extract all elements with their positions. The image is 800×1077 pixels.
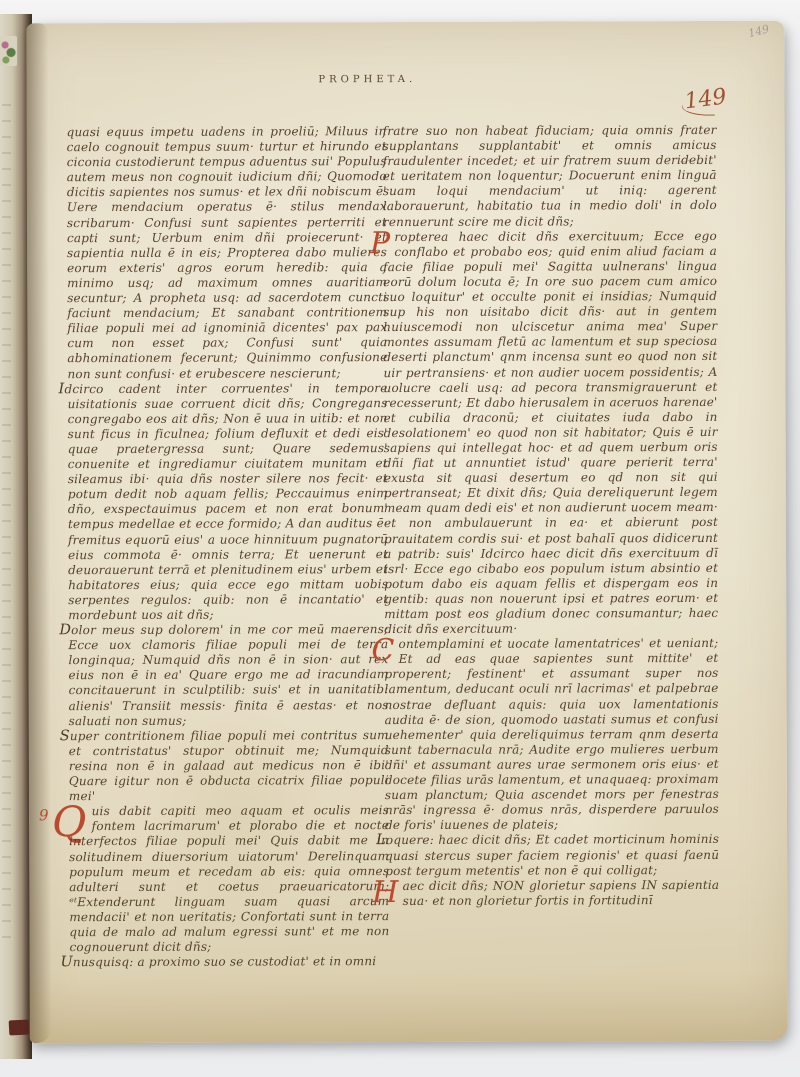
text-column-left: quasi equus impetu uadens in proeliū; Mi… <box>67 124 390 970</box>
chapter-number-margin: 9 <box>39 808 49 823</box>
manuscript-page: PROPHETA. 149 149 quasi equus impetu uad… <box>26 21 788 1044</box>
manuscript-paragraph: Dolor meus sup dolorem' in me cor meū ma… <box>68 622 388 729</box>
folio-number-pencil: 149 <box>747 22 771 40</box>
manuscript-paragraph: Contemplamini et uocate lamentatrices' e… <box>384 636 719 833</box>
folio-number-ink: 149 <box>683 84 728 114</box>
manuscript-paragraph: Unusquisq: a proximo suo se custodiat' e… <box>69 954 389 970</box>
initial-letter: H <box>372 880 398 905</box>
text-column-right: fratre suo non habeat fiduciam; quia omn… <box>383 123 720 909</box>
manuscript-paragraph: quasi equus impetu uadens in proeliū; Mi… <box>67 124 388 382</box>
binding-cover-edge <box>9 1019 30 1035</box>
manuscript-paragraph: Idcirco cadent inter corruentes' in temp… <box>67 381 388 624</box>
running-title: PROPHETA. <box>318 74 416 85</box>
initial-letter: D <box>59 622 71 638</box>
initial-letter: L <box>376 832 386 848</box>
initial-letter: Q <box>52 805 87 838</box>
initial-letter: I <box>58 381 64 397</box>
manuscript-paragraph: Propterea haec dicit dñs exercituum; Ecc… <box>383 229 718 638</box>
manuscript-paragraph: Haec dicit dñs; NON glorietur sapiens IN… <box>385 878 719 909</box>
initial-letter: S <box>60 728 70 744</box>
manuscript-paragraph: 9Quis dabit capiti meo aquam et oculis m… <box>69 803 390 955</box>
manuscript-paragraph: Loquere: haec dicit dñs; Et cadet mortic… <box>385 832 719 878</box>
manuscript-paragraph: Super contritionem filiae populi mei con… <box>69 728 389 805</box>
initial-letter: C <box>371 638 394 663</box>
initial-letter: U <box>60 954 72 970</box>
manuscript-paragraph: fratre suo non habeat fiduciam; quia omn… <box>383 123 717 230</box>
initial-letter: P <box>370 231 390 256</box>
facing-page-illumination <box>0 36 17 66</box>
